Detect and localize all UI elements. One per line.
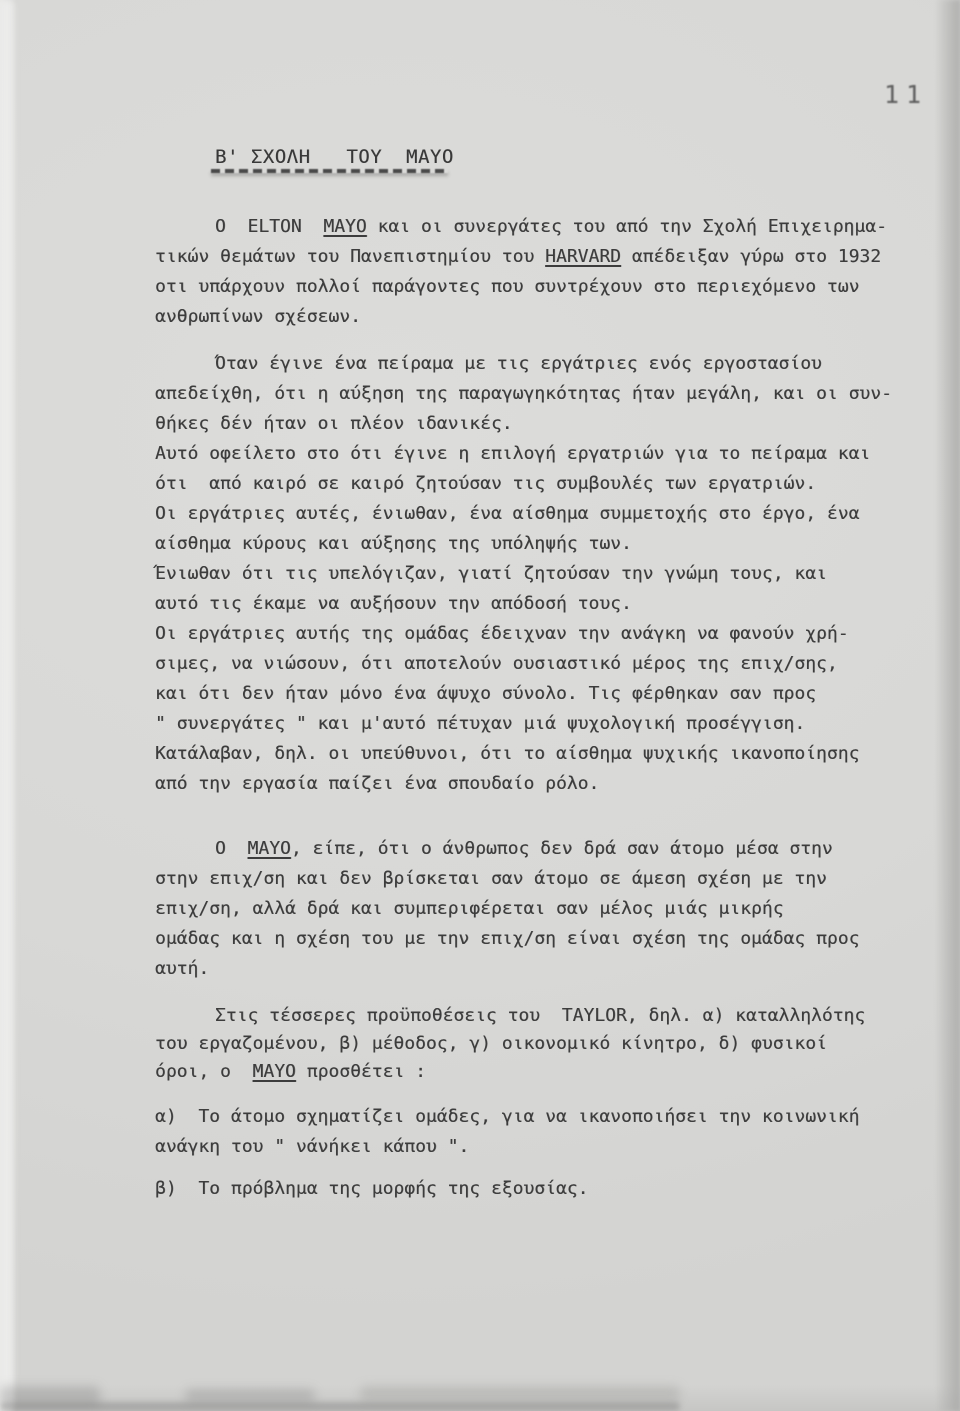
paragraph: α) Το άτομο σχηματίζει ομάδες, για να ικ… [155,1102,935,1162]
text-line: Κατάλαβαν, δηλ. οι υπεύθυνοι, ότι το αίσ… [155,739,935,769]
text-line: ότι από καιρό σε καιρό ζητούσαν τις συμβ… [155,469,935,499]
scan-smudge [185,1389,315,1402]
text-line: Στις τέσσερες προϋποθέσεις του TAYLOR, δ… [155,1002,935,1030]
text-line: τικών θεμάτων του Πανεπιστημίου του HARV… [155,242,935,272]
text-line: αίσθημα κύρους και αύξησης της υπόληψής … [155,529,935,559]
text-line: α) Το άτομο σχηματίζει ομάδες, για να ικ… [155,1102,935,1132]
text-line: όροι, ο ΜΑΥΟ προσθέτει : [155,1058,935,1086]
paragraph: Ο ELTON MAYO και οι συνεργάτες του από τ… [155,212,935,332]
text-line: του εργαζομένου, β) μέθοδος, γ) οικονομι… [155,1030,935,1058]
text-line: ανάγκη του " νάνήκει κάπου ". [155,1132,935,1162]
paragraph: Ο ΜΑΥΟ, είπε, ότι ο άνθρωπος δεν δρά σαν… [155,834,935,984]
text-line: Όταν έγινε ένα πείραμα με τις εργάτριες … [155,349,935,379]
text-layer: Β' ΣΧΟΛΗ ΤΟΥ ΜΑΥΟ Ο ELTON MAYO και οι συ… [0,0,960,1411]
document-title: Β' ΣΧΟΛΗ ΤΟΥ ΜΑΥΟ [215,146,454,168]
text-line: οτι υπάρχουν πολλοί παράγοντες που συντρ… [155,272,935,302]
text-line: απεδείχθη, ότι η αύξηση της παραγωγηκότη… [155,379,935,409]
text-line: Οι εργάτριες αυτές, ένιωθαν, ένα αίσθημα… [155,499,935,529]
paragraph: β) Το πρόβλημα της μορφής της εξουσίας. [155,1174,935,1204]
text-line: " συνεργάτες " και μ'αυτό πέτυχαν μιά ψυ… [155,709,935,739]
text-line: σιμες, να νιώσουν, ότι αποτελούν ουσιαστ… [155,649,935,679]
text-line: Ο ELTON MAYO και οι συνεργάτες του από τ… [155,212,935,242]
paragraph: Όταν έγινε ένα πείραμα με τις εργάτριες … [155,349,935,799]
text-line: αυτή. [155,954,935,984]
text-line: και ότι δεν ήταν μόνο ένα άψυχο σύνολο. … [155,679,935,709]
text-line: στην επιχ/ση και δεν βρίσκεται σαν άτομο… [155,864,935,894]
text-line: ανθρωπίνων σχέσεων. [155,302,935,332]
text-line: θήκες δέν ήταν οι πλέον ιδανικές. [155,409,935,439]
paragraph: Στις τέσσερες προϋποθέσεις του TAYLOR, δ… [155,1002,935,1086]
title-underline [211,169,448,173]
text-line: από την εργασία παίζει ένα σπουδαίο ρόλο… [155,769,935,799]
text-line: β) Το πρόβλημα της μορφής της εξουσίας. [155,1174,935,1204]
text-line: Ένιωθαν ότι τις υπελόγιζαν, γιατί ζητούσ… [155,559,935,589]
scan-smudge [0,1402,680,1411]
scanned-document-page: 11 Β' ΣΧΟΛΗ ΤΟΥ ΜΑΥΟ Ο ELTON MAYO και οι… [0,0,960,1411]
text-line: αυτό τις έκαμε να αυξήσουν την απόδοσή τ… [155,589,935,619]
text-line: ομάδας και η σχέση του με την επιχ/ση εί… [155,924,935,954]
text-line: Οι εργάτριες αυτής της ομάδας έδειχναν τ… [155,619,935,649]
text-line: Ο ΜΑΥΟ, είπε, ότι ο άνθρωπος δεν δρά σαν… [155,834,935,864]
text-line: επιχ/ση, αλλά δρά και συμπεριφέρεται σαν… [155,894,935,924]
text-line: Αυτό οφείλετο στο ότι έγινε η επιλογή ερ… [155,439,935,469]
scan-smudge [360,1386,680,1401]
